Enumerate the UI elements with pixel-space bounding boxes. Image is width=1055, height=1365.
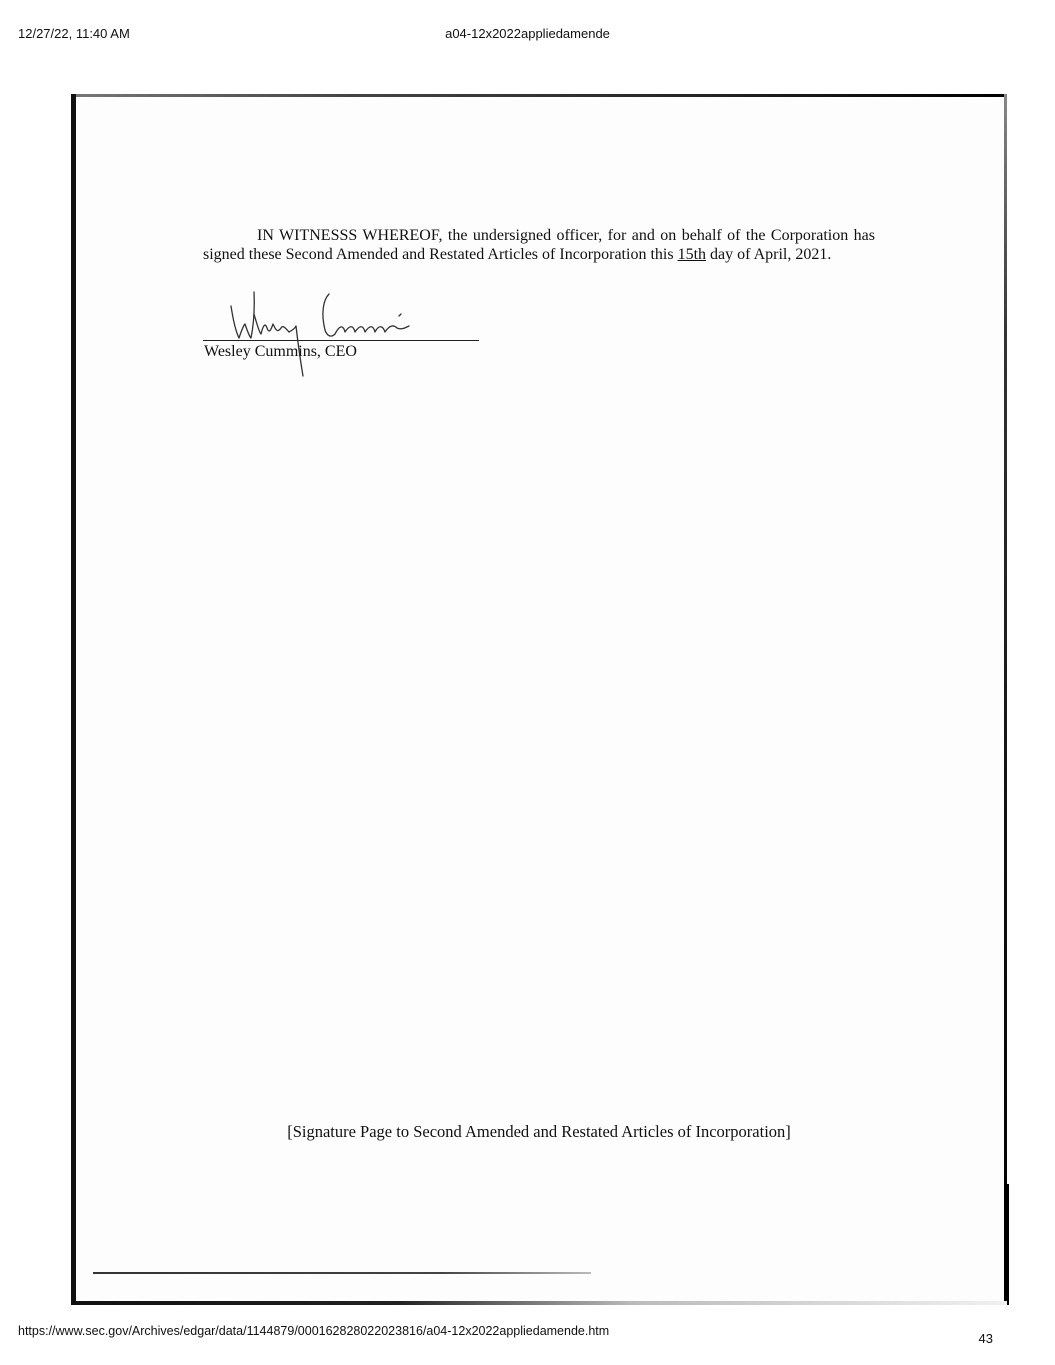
signature-page-caption: [Signature Page to Second Amended and Re… [71, 1122, 1007, 1142]
witness-day: 15th [678, 246, 706, 263]
scan-edge-right-shadow [1004, 1184, 1009, 1305]
witness-paragraph: IN WITNESSS WHEREOF, the undersigned off… [203, 226, 875, 264]
signature-line [203, 340, 479, 341]
print-document-title: a04-12x2022appliedamende [0, 26, 1055, 41]
signature-block: Wesley Cummins, CEO [203, 284, 483, 384]
scan-edge-bottom [71, 1301, 1007, 1305]
scan-edge-top [71, 94, 1007, 97]
witness-text-after: day of April, 2021. [706, 246, 831, 263]
print-footer-url: https://www.sec.gov/Archives/edgar/data/… [18, 1324, 609, 1338]
print-page-number: 43 [979, 1331, 993, 1346]
scanned-page: IN WITNESSS WHEREOF, the undersigned off… [71, 94, 1007, 1305]
handwritten-signature-icon [203, 284, 483, 384]
signer-name-title: Wesley Cummins, CEO [204, 343, 357, 361]
scan-stray-rule [93, 1272, 591, 1274]
